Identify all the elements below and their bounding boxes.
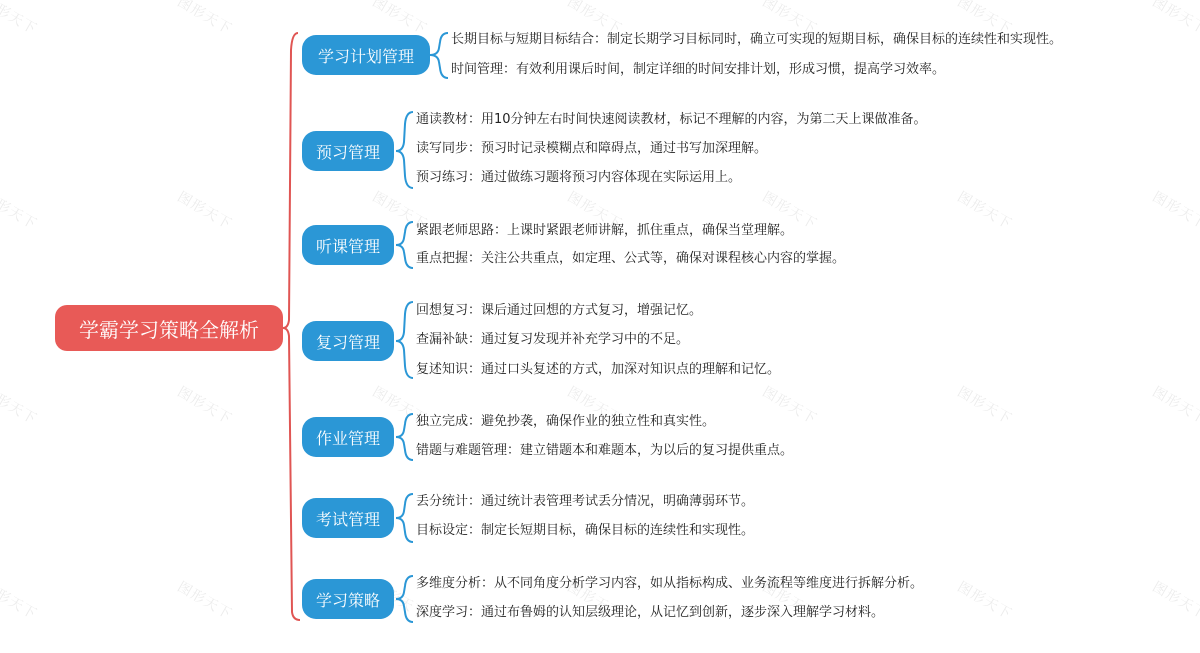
- leaf-node[interactable]: 目标设定：制定长短期目标，确保目标的连续性和实现性。: [416, 522, 754, 540]
- branch-node-strategy[interactable]: 学习策略: [302, 579, 394, 619]
- mindmap-canvas: 图形天下图形天下图形天下图形天下图形天下图形天下图形天下图形天下图形天下图形天下…: [0, 0, 1200, 653]
- branch-brace-connector: [396, 414, 413, 460]
- leaf-node[interactable]: 紧跟老师思路：上课时紧跟老师讲解，抓住重点，确保当堂理解。: [416, 222, 793, 240]
- branch-brace-connector: [396, 112, 413, 188]
- root-node[interactable]: 学霸学习策略全解析: [55, 305, 283, 351]
- branch-node-review[interactable]: 复习管理: [302, 321, 394, 361]
- leaf-node[interactable]: 通读教材：用10分钟左右时间快速阅读教材，标记不理解的内容，为第二天上课做准备。: [416, 111, 927, 129]
- leaf-node[interactable]: 重点把握：关注公共重点，如定理、公式等，确保对课程核心内容的掌握。: [416, 250, 845, 268]
- branch-node-exam[interactable]: 考试管理: [302, 498, 394, 538]
- leaf-node[interactable]: 多维度分析：从不同角度分析学习内容，如从指标构成、业务流程等维度进行拆解分析。: [416, 575, 923, 593]
- branch-brace-connector: [396, 494, 413, 542]
- branch-label: 学习计划管理: [318, 44, 414, 67]
- branch-label: 考试管理: [316, 507, 380, 530]
- branch-node-preview[interactable]: 预习管理: [302, 131, 394, 171]
- leaf-node[interactable]: 读写同步：预习时记录模糊点和障碍点，通过书写加深理解。: [416, 140, 767, 158]
- leaf-node[interactable]: 查漏补缺：通过复习发现并补充学习中的不足。: [416, 331, 689, 349]
- leaf-node[interactable]: 预习练习：通过做练习题将预习内容体现在实际运用上。: [416, 169, 741, 187]
- leaf-node[interactable]: 深度学习：通过布鲁姆的认知层级理论，从记忆到创新，逐步深入理解学习材料。: [416, 604, 884, 622]
- root-brace-connector: [283, 33, 300, 620]
- branch-label: 作业管理: [316, 426, 380, 449]
- leaf-node[interactable]: 回想复习：课后通过回想的方式复习，增强记忆。: [416, 302, 702, 320]
- branch-node-homework[interactable]: 作业管理: [302, 417, 394, 457]
- branch-label: 听课管理: [316, 234, 380, 257]
- leaf-node[interactable]: 长期目标与短期目标结合：制定长期学习目标同时，确立可实现的短期目标，确保目标的连…: [451, 31, 1062, 49]
- branch-brace-connector: [430, 33, 448, 78]
- leaf-node[interactable]: 独立完成：避免抄袭，确保作业的独立性和真实性。: [416, 413, 715, 431]
- branch-label: 预习管理: [316, 140, 380, 163]
- branch-label: 复习管理: [316, 330, 380, 353]
- leaf-node[interactable]: 错题与难题管理：建立错题本和难题本，为以后的复习提供重点。: [416, 442, 793, 460]
- leaf-node[interactable]: 时间管理：有效利用课后时间，制定详细的时间安排计划，形成习惯，提高学习效率。: [451, 61, 945, 79]
- branch-brace-connector: [396, 576, 413, 622]
- leaf-node[interactable]: 丢分统计：通过统计表管理考试丢分情况，明确薄弱环节。: [416, 493, 754, 511]
- branch-brace-connector: [396, 222, 413, 268]
- branch-node-study-plan[interactable]: 学习计划管理: [302, 35, 430, 75]
- leaf-node[interactable]: 复述知识：通过口头复述的方式，加深对知识点的理解和记忆。: [416, 361, 780, 379]
- root-label: 学霸学习策略全解析: [79, 314, 259, 343]
- branch-node-lecture[interactable]: 听课管理: [302, 225, 394, 265]
- branch-brace-connector: [396, 302, 413, 378]
- branch-label: 学习策略: [316, 588, 380, 611]
